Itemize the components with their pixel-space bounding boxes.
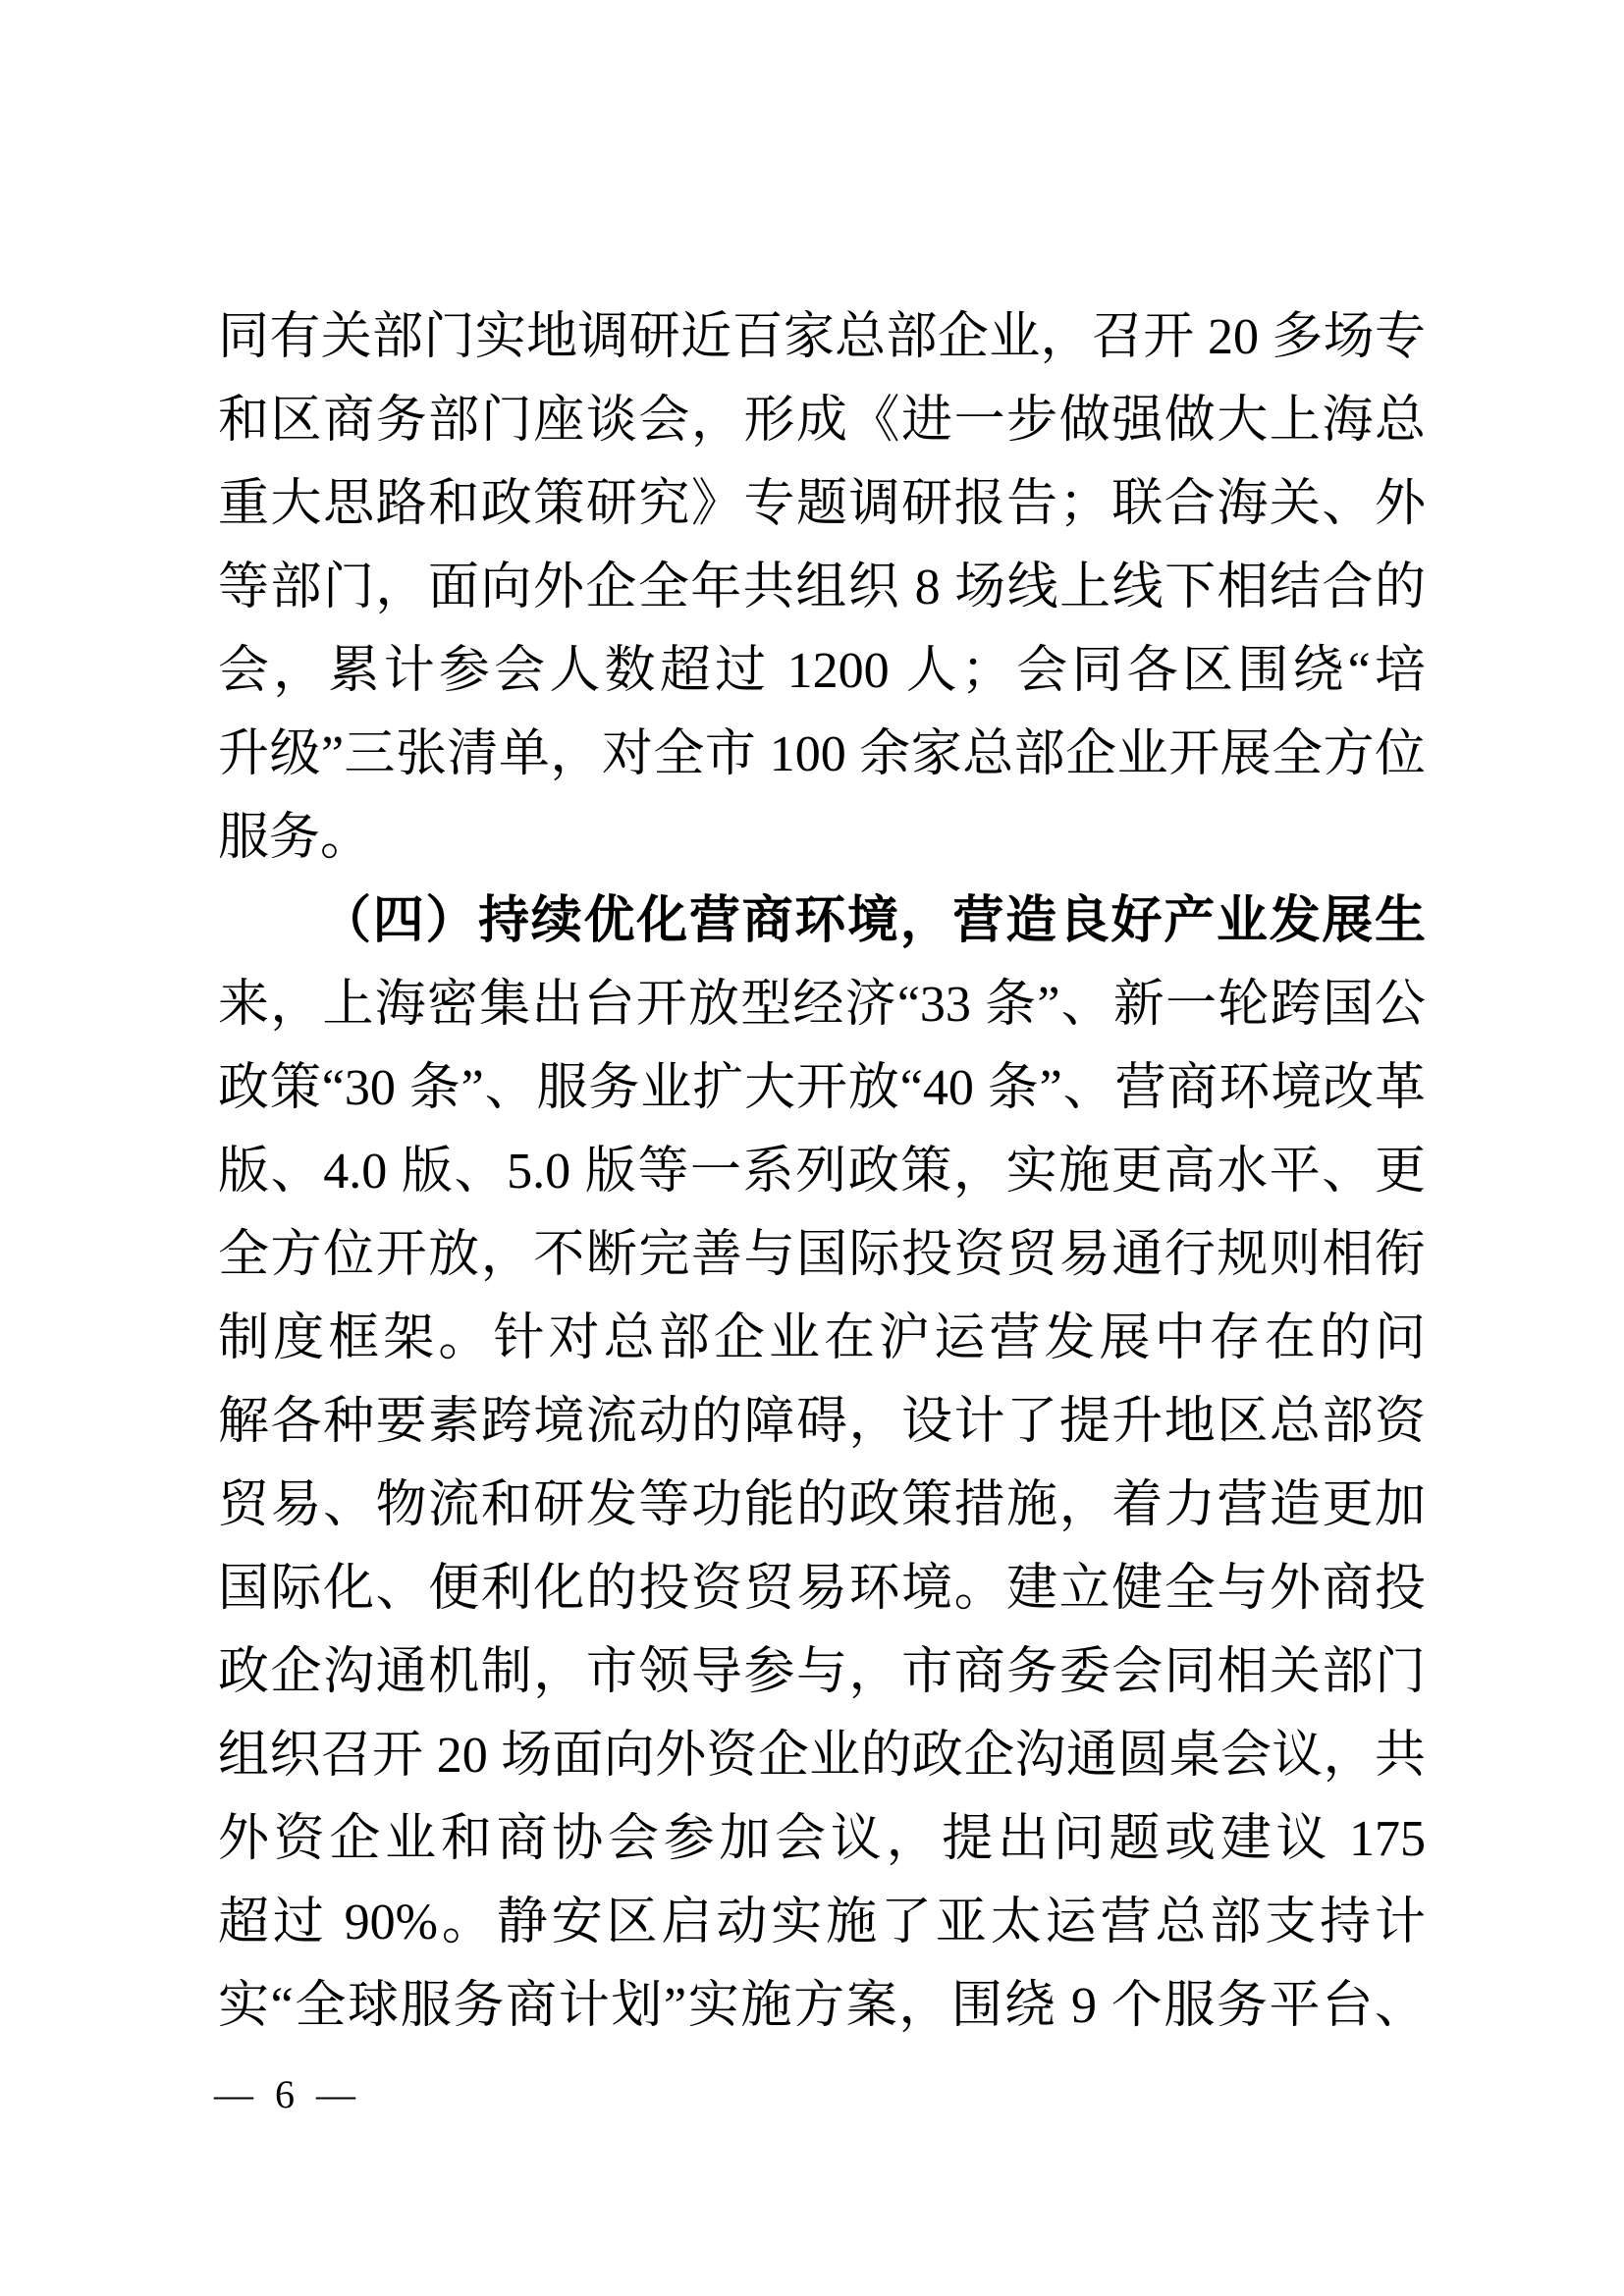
- text-line: 和区商务部门座谈会，形成《进一步做强做大上海总部型经济: [218, 379, 1426, 462]
- text-line: 超过 90%。静安区启动实施了亚太运营总部支持计划，发布和落: [218, 1881, 1426, 1964]
- text-line: 升级”三张清单，对全市 100 余家总部企业开展全方位联系和: [218, 713, 1426, 796]
- text-line-section-start: （四）持续优化营商环境，营造良好产业发展生态。近年: [218, 880, 1426, 963]
- document-page: 同有关部门实地调研近百家总部企业，召开 20 多场专家、委办 和区商务部门座谈会…: [0, 0, 1624, 2296]
- text-line: 版、4.0 版、5.0 版等一系列政策，实施更高水平、更大力度的: [218, 1130, 1426, 1213]
- text-line: 制度框架。针对总部企业在沪运营发展中存在的问题，积极破: [218, 1297, 1426, 1380]
- section-heading: （四）持续优化营商环境，营造良好产业发展生态。: [218, 893, 1426, 963]
- text-line: 组织召开 20 场面向外资企业的政企沟通圆桌会议，共有 180 家: [218, 1714, 1426, 1797]
- text-line: 等部门，面向外企全年共组织 8 场线上线下相结合的政策培训: [218, 546, 1426, 629]
- document-text-block: 同有关部门实地调研近百家总部企业，召开 20 多场专家、委办 和区商务部门座谈会…: [218, 295, 1426, 2048]
- text-line-paragraph-end: 服务。: [218, 796, 1426, 880]
- text-line: 政企沟通机制，市领导参与，市商务委会同相关部门 2021 年共: [218, 1630, 1426, 1714]
- text-line: 解各种要素跨境流动的障碍，设计了提升地区总部资金运作、: [218, 1380, 1426, 1464]
- text-line: 国际化、便利化的投资贸易环境。建立健全与外商投资企业的: [218, 1547, 1426, 1630]
- text-line: 重大思路和政策研究》专题调研报告；联合海关、外汇、人社: [218, 462, 1426, 546]
- page-number: — 6 —: [214, 2073, 361, 2116]
- text-line: 实“全球服务商计划”实施方案，围绕 9 个服务平台、新增 15: [218, 1964, 1426, 2048]
- text-line: 来，上海密集出台开放型经济“33 条”、新一轮跨国公司总部: [218, 963, 1426, 1046]
- text-line: 同有关部门实地调研近百家总部企业，召开 20 多场专家、委办: [218, 295, 1426, 379]
- text-line: 贸易、物流和研发等功能的政策措施，着力营造更加法治化、: [218, 1464, 1426, 1547]
- text-line: 外资企业和商协会参加会议，提出问题或建议 175 个，解决率: [218, 1797, 1426, 1881]
- text-line: 政策“30 条”、服务业扩大开放“40 条”、营商环境改革 3.0: [218, 1046, 1426, 1130]
- text-line: 会，累计参会人数超过 1200 人；会同各区围绕“培育、增能、: [218, 629, 1426, 713]
- text-line: 全方位开放，不断完善与国际投资贸易通行规则相衔接的基本: [218, 1213, 1426, 1297]
